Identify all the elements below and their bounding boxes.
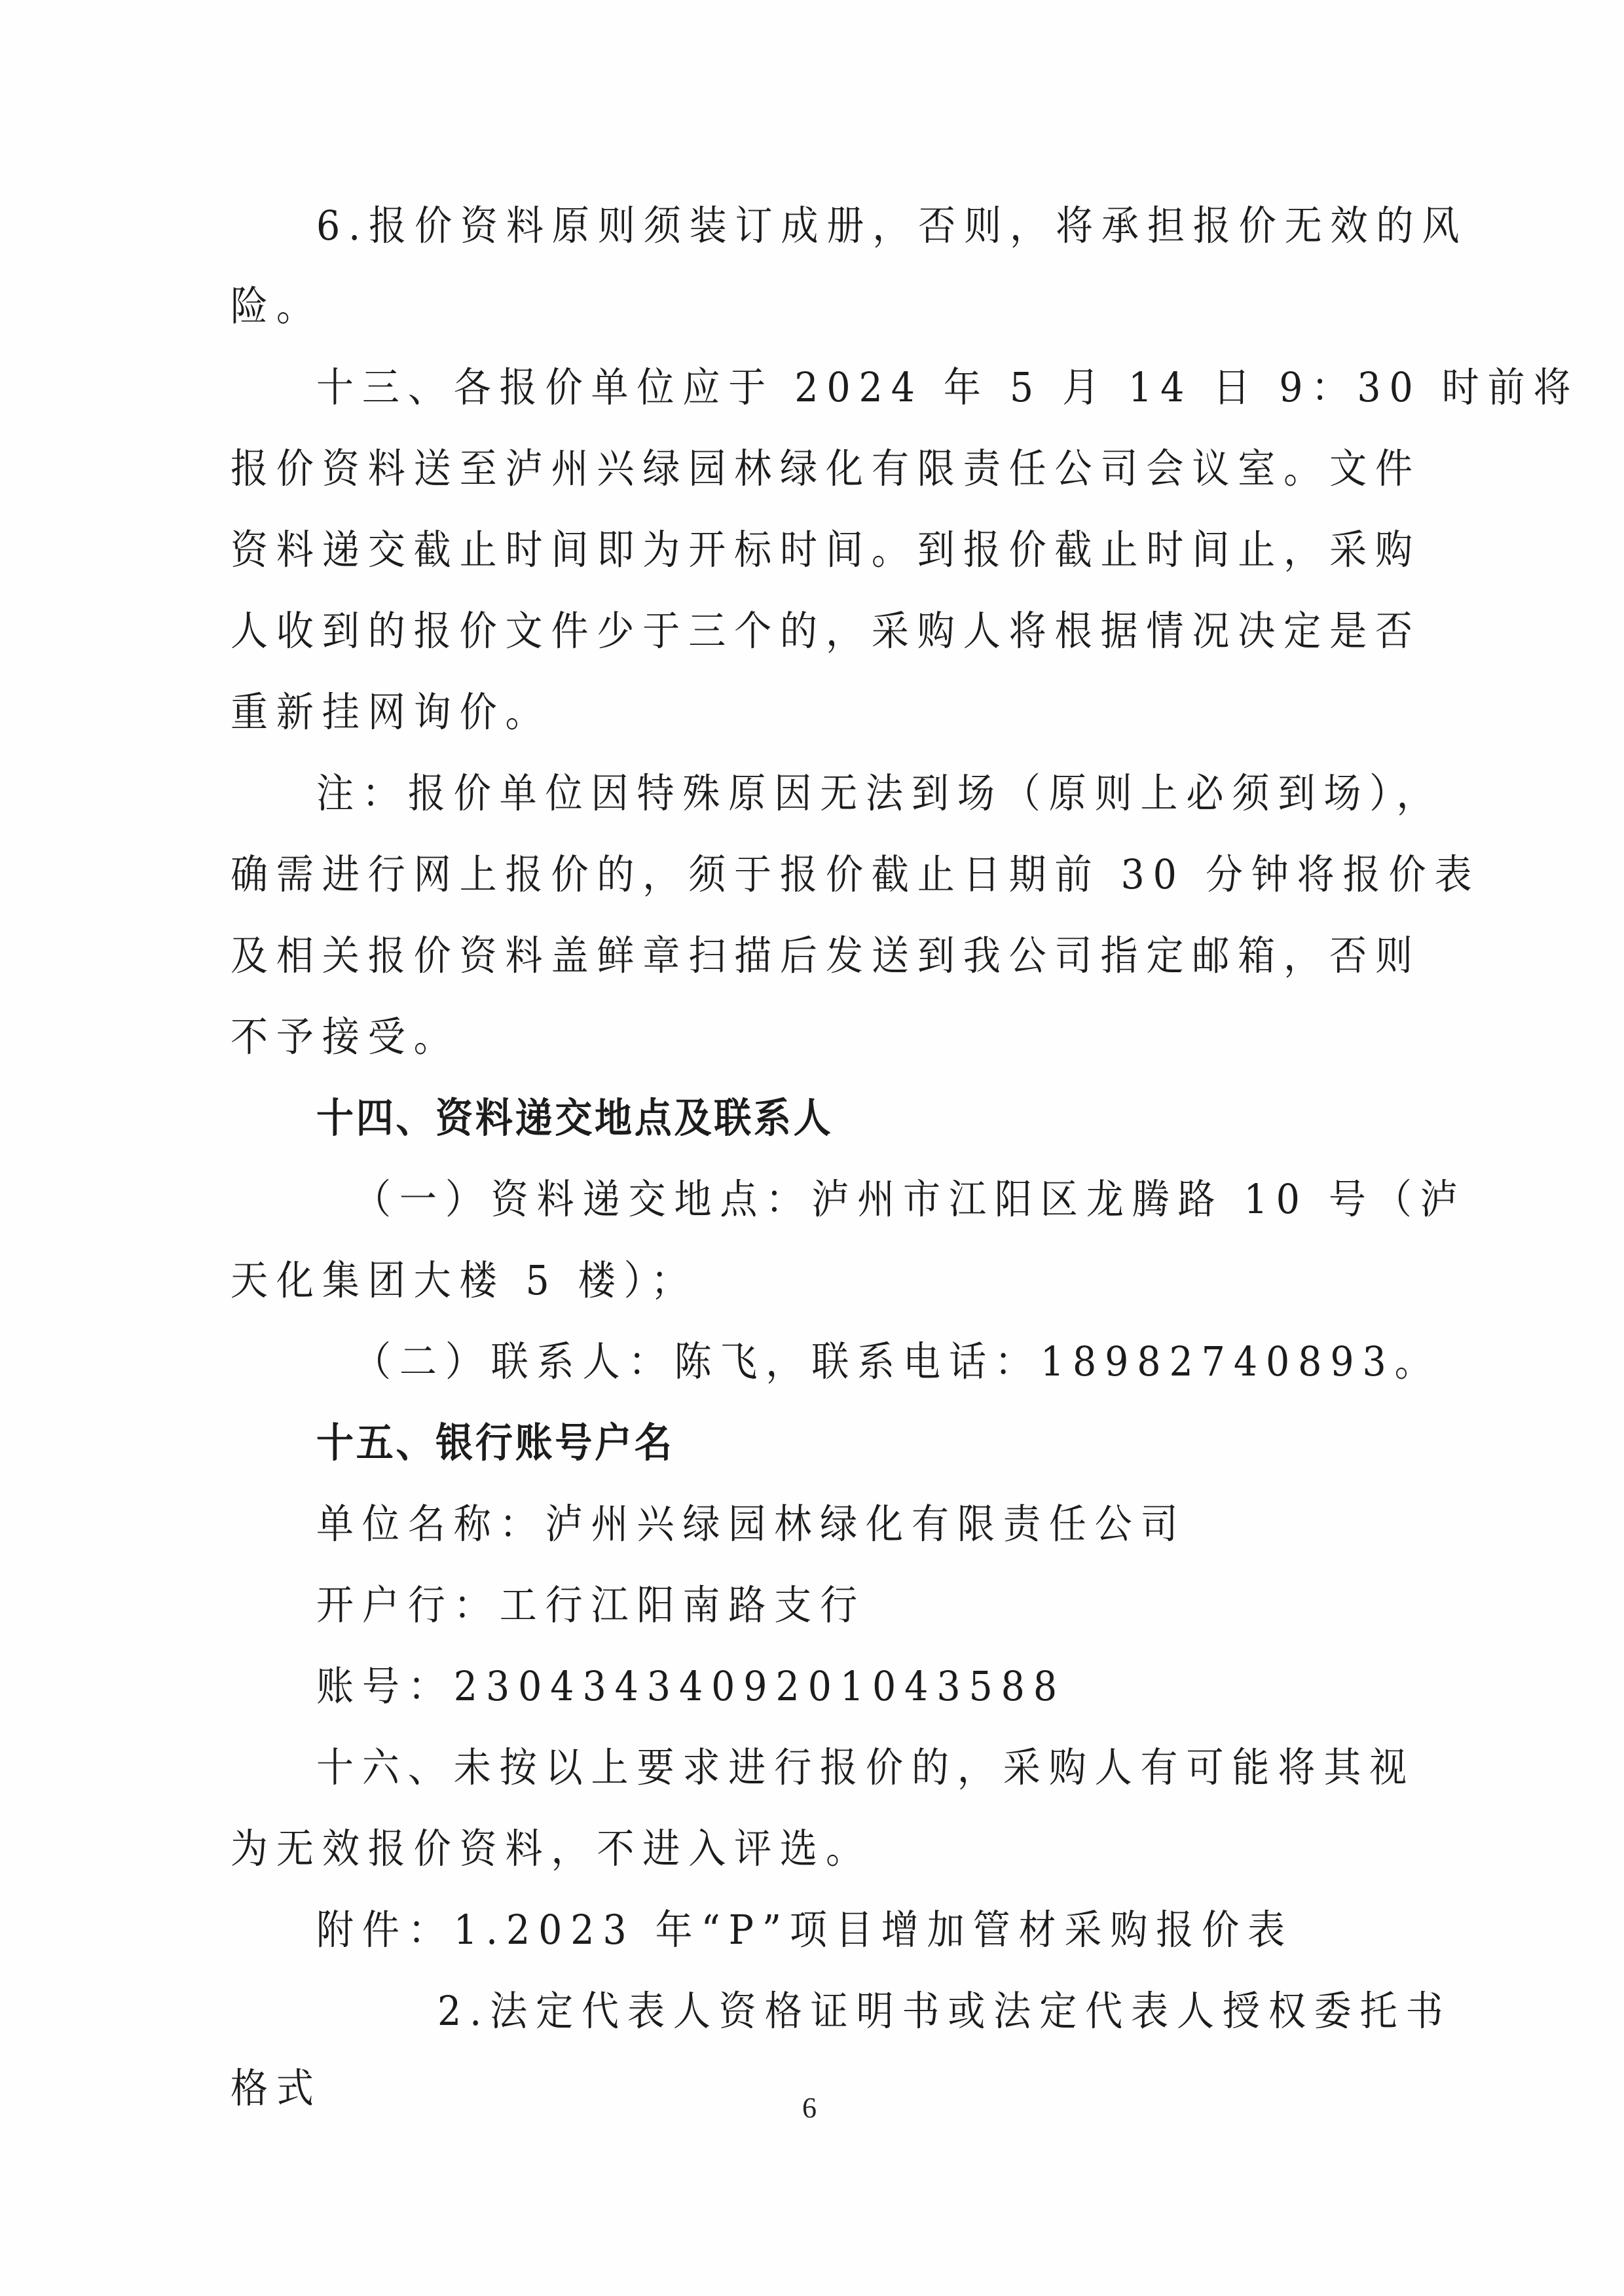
- section-13-line-5: 重新挂网询价。: [231, 686, 551, 738]
- bank-field-unit-name-label: 单位名称：: [316, 1500, 545, 1548]
- section-13-line-3: 资料递交截止时间即为开标时间。到报价截止时间止，采购: [231, 524, 1421, 576]
- attachment-1-text: 1.2023 年“P”项目增加管材采购报价表: [454, 1906, 1293, 1954]
- note-line-1: 注：报价单位因特殊原因无法到场（原则上必须到场），: [316, 767, 1442, 820]
- section-14-item-2-line-1: （二）联系人：陈飞，联系电话：18982740893。: [354, 1336, 1441, 1388]
- section-16-line-1: 十六、未按以上要求进行报价的，采购人有可能将其视: [316, 1741, 1415, 1794]
- section-14-heading: 十四、资料递交地点及联系人: [316, 1092, 833, 1144]
- section-13-line-4: 人收到的报价文件少于三个的，采购人将根据情况决定是否: [231, 605, 1421, 657]
- note-line-2: 确需进行网上报价的，须于报价截止日期前 30 分钟将报价表: [231, 848, 1480, 901]
- bank-field-account-value: 2304343409201043588: [454, 1662, 1065, 1710]
- section-13-line-2: 报价资料送至泸州兴绿园林绿化有限责任公司会议室。文件: [231, 443, 1421, 495]
- section-14-item-1-line-2: 天化集团大楼 5 楼）；: [231, 1254, 697, 1307]
- note-line-3: 及相关报价资料盖鲜章扫描后发送到我公司指定邮箱，否则: [231, 930, 1421, 982]
- bank-field-account: 账号：2304343409201043588: [316, 1660, 1065, 1713]
- page-number: 6: [802, 2088, 817, 2128]
- item-6-line-2: 险。: [231, 280, 322, 333]
- attachment-2-line-2: 格式: [231, 2062, 322, 2115]
- attachments-label: 附件：: [316, 1906, 454, 1954]
- bank-field-unit-name-value: 泸州兴绿园林绿化有限责任公司: [545, 1500, 1187, 1548]
- attachment-1: 附件：1.2023 年“P”项目增加管材采购报价表: [316, 1904, 1293, 1956]
- item-6-line-1: 6.报价资料原则须装订成册，否则，将承担报价无效的风: [316, 200, 1467, 252]
- section-14-item-1-line-1: （一）资料递交地点：泸州市江阳区龙腾路 10 号（泸: [354, 1173, 1466, 1226]
- document-page: 6.报价资料原则须装订成册，否则，将承担报价无效的风 险。 十三、各报价单位应于…: [0, 0, 1624, 2296]
- note-line-4: 不予接受。: [231, 1011, 460, 1063]
- bank-field-branch-label: 开户行：: [316, 1581, 500, 1629]
- bank-field-branch: 开户行：工行江阳南路支行: [316, 1579, 866, 1631]
- bank-field-account-label: 账号：: [316, 1662, 454, 1710]
- attachment-2-line-1: 2.法定代表人资格证明书或法定代表人授权委托书: [437, 1985, 1452, 2037]
- bank-field-branch-value: 工行江阳南路支行: [500, 1581, 866, 1629]
- bank-field-unit-name: 单位名称：泸州兴绿园林绿化有限责任公司: [316, 1498, 1187, 1550]
- section-15-heading: 十五、银行账号户名: [316, 1417, 674, 1469]
- section-13-line-1: 十三、各报价单位应于 2024 年 5 月 14 日 9：30 时前将: [316, 361, 1579, 414]
- section-16-line-2: 为无效报价资料，不进入评选。: [231, 1823, 872, 1875]
